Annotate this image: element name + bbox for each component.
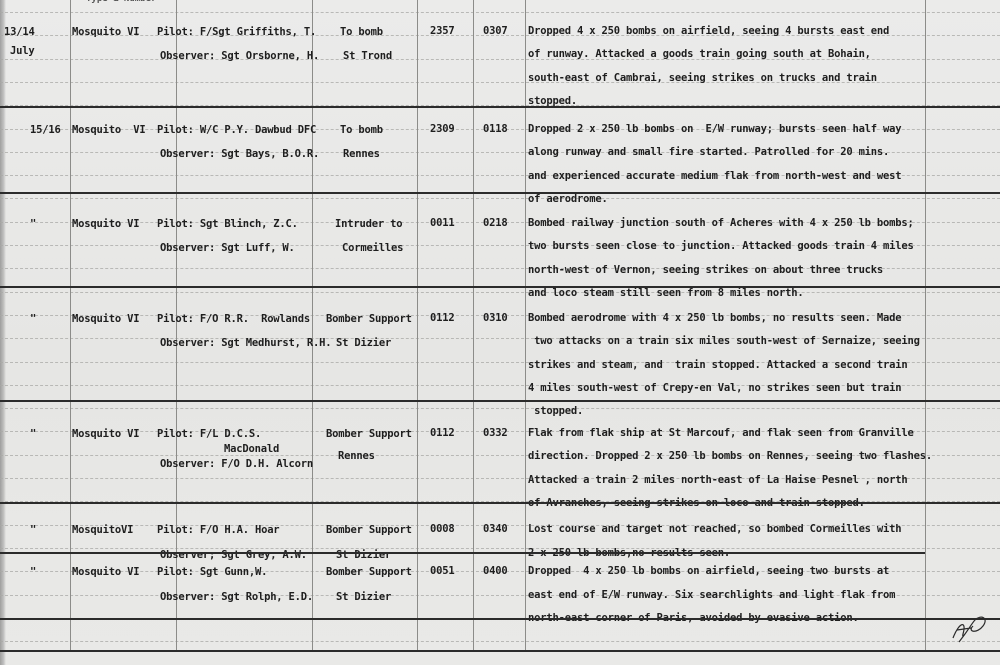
pilot-name: Pilot: F/O R.R. Rowlands [157, 313, 310, 325]
detail-line: Dropped 4 x 250 bombs on airfield, seein… [528, 25, 889, 37]
detail-line: 4 miles south-west of Crepy-en Val, no s… [528, 382, 901, 394]
entry-separator [0, 192, 1000, 194]
detail-line: and loco steam still seen from 8 miles n… [528, 287, 803, 299]
pilot-name: Pilot: F/O H.A. Hoar [157, 524, 279, 536]
ruling-line [0, 548, 1000, 549]
entry-separator [0, 106, 1000, 108]
duty-target: St Dizier [336, 591, 391, 603]
ruling-line [0, 292, 1000, 293]
ruling-line [0, 408, 1000, 409]
observer-name: Observer: Sgt Luff, W. [160, 242, 295, 254]
duty-type: Bomber Support [326, 313, 412, 325]
detail-line: Bombed railway junction south of Acheres… [528, 217, 914, 229]
duty-target: Cormeilles [342, 242, 403, 254]
detail-line: Flak from flak ship at St Marcouf, and f… [528, 427, 914, 439]
entry-separator [0, 552, 925, 554]
observer-name: Observer: Sgt Bays, B.O.R. [160, 148, 319, 160]
entry-date: 15/16 [30, 124, 61, 136]
duty-target: Rennes [338, 450, 375, 462]
duty-type: To bomb [340, 124, 383, 136]
pilot-name: Pilot: W/C P.Y. Dawbud DFC [157, 124, 316, 136]
signature-icon [945, 612, 995, 648]
entry-separator [0, 286, 1000, 288]
observer-name: Observer: Sgt Orsborne, H. [160, 50, 319, 62]
time-down: 0118 [483, 123, 508, 135]
aircraft-type: Mosquito VI [72, 566, 139, 578]
time-up: 0008 [430, 523, 455, 535]
entry-date: " [30, 566, 36, 578]
detail-line: Lost course and target not reached, so b… [528, 523, 901, 535]
observer-name: Observer: F/O D.H. Alcorn [160, 458, 313, 470]
aircraft-type: Mosquito VI [72, 313, 139, 325]
pilot-name-continued: MacDonald [224, 443, 279, 455]
detail-line: Attacked a train 2 miles north-east of L… [528, 474, 908, 486]
time-up: 0011 [430, 217, 455, 229]
detail-line: east end of E/W runway. Six searchlights… [528, 589, 895, 601]
detail-line: Dropped 2 x 250 lb bombs on E/W runway; … [528, 123, 901, 135]
document-page: Type & Number 13/14JulyMosquito VIPilot:… [0, 0, 1000, 665]
observer-name: Observer; Sgt Grey, A.W. [160, 549, 307, 561]
time-up: 0051 [430, 565, 455, 577]
column-header-fragment: Type & Number [86, 0, 156, 4]
detail-line: two attacks on a train six miles south-w… [528, 335, 920, 347]
detail-line: direction. Dropped 2 x 250 lb bombs on R… [528, 450, 932, 462]
entry-date: " [30, 313, 36, 325]
detail-line: strikes and steam, and train stopped. At… [528, 359, 908, 371]
entry-date: 13/14 [4, 26, 35, 38]
duty-type: Bomber Support [326, 428, 412, 440]
time-up: 0112 [430, 312, 455, 324]
duty-type: Bomber Support [326, 524, 412, 536]
time-down: 0332 [483, 427, 508, 439]
time-up: 2309 [430, 123, 455, 135]
entry-month: July [10, 45, 35, 57]
pilot-name: Pilot: Sgt Gunn,W. [157, 566, 267, 578]
aircraft-type: Mosquito VI [72, 124, 145, 136]
aircraft-type: Mosquito VI [72, 218, 139, 230]
duty-type: Intruder to [335, 218, 402, 230]
detail-line: south-east of Cambrai, seeing strikes on… [528, 72, 877, 84]
pilot-name: Pilot: Sgt Blinch, Z.C. [157, 218, 298, 230]
observer-name: Observer: Sgt Rolph, E.D. [160, 591, 313, 603]
entry-date: " [30, 524, 36, 536]
time-down: 0400 [483, 565, 508, 577]
aircraft-type: Mosquito VI [72, 428, 139, 440]
pilot-name: Pilot: F/L D.C.S. [157, 428, 261, 440]
duty-type: To bomb [340, 26, 383, 38]
duty-type: Bomber Support [326, 566, 412, 578]
observer-name: Observer: Sgt Medhurst, R.H. [160, 337, 331, 349]
entry-separator [0, 618, 1000, 620]
time-up: 2357 [430, 25, 455, 37]
detail-line: of runway. Attacked a goods train going … [528, 48, 871, 60]
duty-target: Rennes [343, 148, 380, 160]
ruling-line [0, 12, 1000, 13]
entry-separator [0, 502, 1000, 504]
duty-target: St Dizier [336, 549, 391, 561]
detail-line: north-west of Vernon, seeing strikes on … [528, 264, 883, 276]
detail-line: and experienced accurate medium flak fro… [528, 170, 901, 182]
pilot-name: Pilot: F/Sgt Griffiths, T. [157, 26, 316, 38]
detail-line: Bombed aerodrome with 4 x 250 lb bombs, … [528, 312, 901, 324]
detail-line: two bursts seen close to junction. Attac… [528, 240, 914, 252]
detail-line: stopped. [528, 405, 583, 417]
detail-line: of aerodrome. [528, 193, 608, 205]
aircraft-type: Mosquito VI [72, 26, 139, 38]
detail-line: along runway and small fire started. Pat… [528, 146, 889, 158]
time-up: 0112 [430, 427, 455, 439]
entry-date: " [30, 218, 36, 230]
detail-line: Dropped 4 x 250 lb bombs on airfield, se… [528, 565, 889, 577]
entry-separator [0, 400, 1000, 402]
time-down: 0310 [483, 312, 508, 324]
page-fold-shadow [0, 0, 6, 665]
ruling-line [0, 641, 1000, 642]
aircraft-type: MosquitoVI [72, 524, 133, 536]
duty-target: St Dizier [336, 337, 391, 349]
duty-target: St Trond [343, 50, 392, 62]
entry-date: " [30, 428, 36, 440]
time-down: 0307 [483, 25, 508, 37]
time-down: 0340 [483, 523, 508, 535]
page-bottom-rule [0, 650, 1000, 652]
time-down: 0218 [483, 217, 508, 229]
ruling-line [0, 198, 1000, 199]
column-divider-details [925, 0, 926, 650]
